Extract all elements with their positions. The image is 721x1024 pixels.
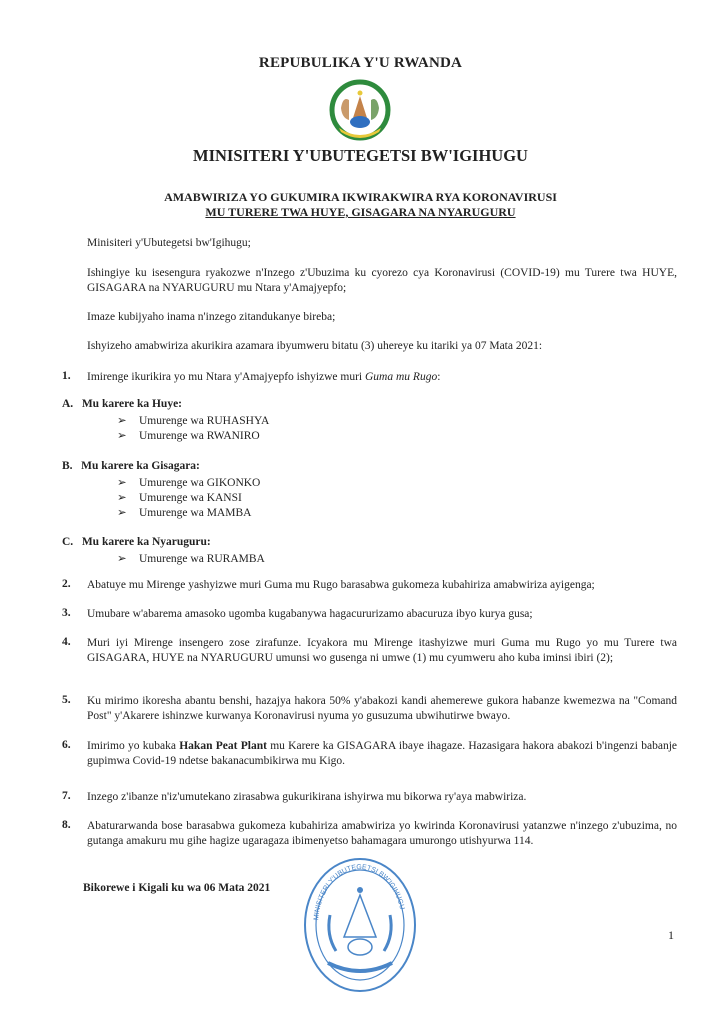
district-nyaruguru: C. Mu karere ka Nyaruguru: — [62, 536, 211, 548]
item-number: 3. — [62, 607, 71, 619]
arrow-bullet-icon: ➢ — [117, 505, 139, 519]
preamble-ministry: Minisiteri y'Ubutegetsi bw'Igihugu; — [87, 236, 677, 251]
item-8-text: Abaturarwanda bose barasabwa gukomeza ku… — [87, 819, 677, 848]
item-4-text: Muri iyi Mirenge insengero zose zirafunz… — [87, 636, 677, 665]
arrow-bullet-icon: ➢ — [117, 475, 139, 489]
sector-item: ➢Umurenge wa MAMBA — [117, 505, 251, 519]
item-number: 8. — [62, 819, 71, 831]
page-number: 1 — [668, 928, 674, 943]
sector-item: ➢Umurenge wa KANSI — [117, 490, 242, 504]
sector-item: ➢Umurenge wa RUHASHYA — [117, 413, 269, 427]
item-number: 7. — [62, 790, 71, 802]
district-gisagara: B. Mu karere ka Gisagara: — [62, 460, 200, 472]
official-stamp-icon: MINISITERI Y'UBUTEGETSI BW'IGIHUGU — [300, 855, 420, 1000]
document-title: AMABWIRIZA YO GUKUMIRA IKWIRAKWIRA RYA K… — [0, 190, 721, 205]
arrow-bullet-icon: ➢ — [117, 428, 139, 442]
item-number: 4. — [62, 636, 71, 648]
arrow-bullet-icon: ➢ — [117, 551, 139, 565]
preamble-consultation: Imaze kubijyaho inama n'inzego zitanduka… — [87, 310, 677, 325]
item-2-text: Abatuye mu Mirenge yashyizwe muri Guma m… — [87, 578, 677, 593]
preamble-decision: Ishyizeho amabwiriza akurikira azamara i… — [87, 339, 677, 354]
preamble-basis: Ishingiye ku isesengura ryakozwe n'Inzeg… — [87, 266, 677, 295]
item-7-text: Inzego z'ibanze n'iz'umutekano zirasabwa… — [87, 790, 677, 805]
item-6-text: Imirimo yo kubaka Hakan Peat Plant mu Ka… — [87, 739, 677, 768]
item-1-text: Imirenge ikurikira yo mu Ntara y'Amajyep… — [87, 370, 677, 385]
item-3-text: Umubare w'abarema amasoko ugomba kugaban… — [87, 607, 677, 622]
sector-item: ➢Umurenge wa RWANIRO — [117, 428, 260, 442]
item-number: 5. — [62, 694, 71, 706]
item-number: 6. — [62, 739, 71, 751]
item-5-text: Ku mirimo ikoresha abantu benshi, hazajy… — [87, 694, 677, 723]
document-subtitle: MU TURERE TWA HUYE, GISAGARA NA NYARUGUR… — [0, 205, 721, 220]
item-number: 1. — [62, 370, 71, 382]
republic-heading: REPUBULIKA Y'U RWANDA — [0, 55, 721, 72]
district-huye: A. Mu karere ka Huye: — [62, 398, 182, 410]
signature-date: Bikorewe i Kigali ku wa 06 Mata 2021 — [83, 882, 270, 894]
sector-item: ➢Umurenge wa RURAMBA — [117, 551, 265, 565]
ministry-heading: MINISITERI Y'UBUTEGETSI BW'IGIHUGU — [0, 146, 721, 166]
coat-of-arms-icon — [327, 78, 393, 147]
arrow-bullet-icon: ➢ — [117, 490, 139, 504]
item-number: 2. — [62, 578, 71, 590]
sector-item: ➢Umurenge wa GIKONKO — [117, 475, 260, 489]
arrow-bullet-icon: ➢ — [117, 413, 139, 427]
